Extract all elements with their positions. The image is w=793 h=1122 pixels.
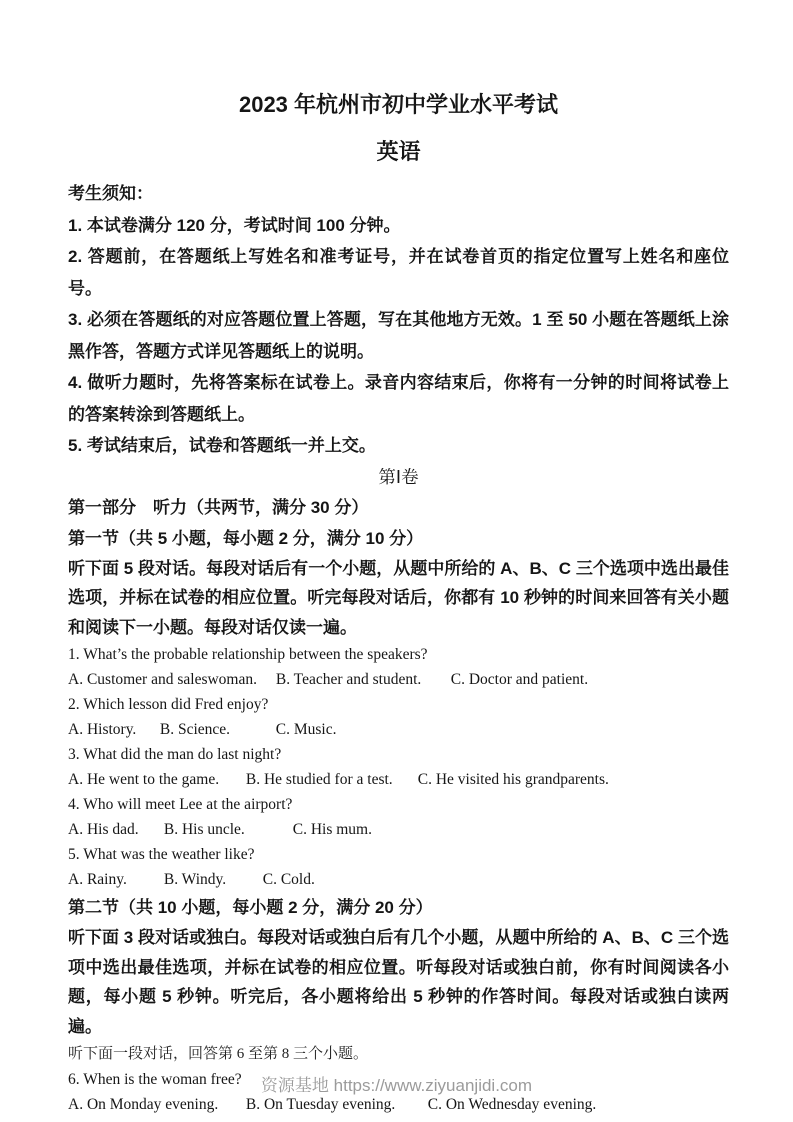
question-1-option-b: B. Teacher and student. xyxy=(276,667,447,692)
question-5-option-b: B. Windy. xyxy=(164,867,259,892)
section2-instructions: 听下面 3 段对话或独白。每段对话或独白后有几个小题，从题中所给的 A、B、C … xyxy=(68,923,729,1041)
section1-instructions: 听下面 5 段对话。每段对话后有一个小题，从题中所给的 A、B、C 三个选项中选… xyxy=(68,554,729,643)
exam-title: 2023 年杭州市初中学业水平考试 xyxy=(68,90,729,120)
question-1-options: A. Customer and saleswoman. B. Teacher a… xyxy=(68,667,729,692)
notice-heading: 考生须知： xyxy=(68,178,729,210)
question-5-options: A. Rainy. B. Windy. C. Cold. xyxy=(68,867,729,892)
question-3-option-b: B. He studied for a test. xyxy=(246,767,414,792)
question-1-option-c: C. Doctor and patient. xyxy=(451,667,588,692)
question-3-option-a: A. He went to the game. xyxy=(68,767,242,792)
question-2-option-a: A. History. xyxy=(68,717,156,742)
question-5: 5. What was the weather like? xyxy=(68,842,729,867)
notice-item-1: 1. 本试卷满分 120 分，考试时间 100 分钟。 xyxy=(68,210,729,242)
page-content: 2023 年杭州市初中学业水平考试 英语 考生须知： 1. 本试卷满分 120 … xyxy=(0,0,793,1117)
question-1: 1. What’s the probable relationship betw… xyxy=(68,642,729,667)
candidate-notice: 考生须知： 1. 本试卷满分 120 分，考试时间 100 分钟。 2. 答题前… xyxy=(68,178,729,462)
question-5-option-a: A. Rainy. xyxy=(68,867,160,892)
notice-item-2: 2. 答题前，在答题纸上写姓名和准考证号，并在试卷首页的指定位置写上姓名和座位号… xyxy=(68,241,729,304)
question-4-option-a: A. His dad. xyxy=(68,817,160,842)
question-1-option-a: A. Customer and saleswoman. xyxy=(68,667,272,692)
listening-section1-questions: 1. What’s the probable relationship betw… xyxy=(68,642,729,892)
question-4: 4. Who will meet Lee at the airport? xyxy=(68,792,729,817)
question-2-option-b: B. Science. xyxy=(160,717,272,742)
question-2-option-c: C. Music. xyxy=(276,717,337,742)
notice-item-5: 5. 考试结束后，试卷和答题纸一并上交。 xyxy=(68,430,729,462)
question-3-option-c: C. He visited his grandparents. xyxy=(418,767,609,792)
question-3-options: A. He went to the game. B. He studied fo… xyxy=(68,767,729,792)
watermark-footer: 资源基地 https://www.ziyuanjidi.com xyxy=(0,1071,793,1096)
question-4-option-c: C. His mum. xyxy=(293,817,372,842)
exam-paper-page: 2023 年杭州市初中学业水平考试 英语 考生须知： 1. 本试卷满分 120 … xyxy=(0,0,793,1122)
section1-heading: 第一节（共 5 小题，每小题 2 分，满分 10 分） xyxy=(68,523,729,554)
question-2: 2. Which lesson did Fred enjoy? xyxy=(68,692,729,717)
section2-heading: 第二节（共 10 小题，每小题 2 分，满分 20 分） xyxy=(68,892,729,923)
question-3: 3. What did the man do last night? xyxy=(68,742,729,767)
exam-subject: 英语 xyxy=(68,137,729,167)
question-4-options: A. His dad. B. His uncle. C. His mum. xyxy=(68,817,729,842)
question-5-option-c: C. Cold. xyxy=(263,867,315,892)
question-4-option-b: B. His uncle. xyxy=(164,817,289,842)
notice-item-3: 3. 必须在答题纸的对应答题位置上答题，写在其他地方无效。1 至 50 小题在答… xyxy=(68,304,729,367)
part1-heading: 第一部分 听力（共两节，满分 30 分） xyxy=(68,492,729,523)
dialog-note: 听下面一段对话，回答第 6 至第 8 三个小题。 xyxy=(68,1041,729,1067)
notice-item-4: 4. 做听力题时，先将答案标在试卷上。录音内容结束后，你将有一分钟的时间将试卷上… xyxy=(68,367,729,430)
volume-heading: 第Ⅰ卷 xyxy=(68,462,729,492)
question-2-options: A. History. B. Science. C. Music. xyxy=(68,717,729,742)
